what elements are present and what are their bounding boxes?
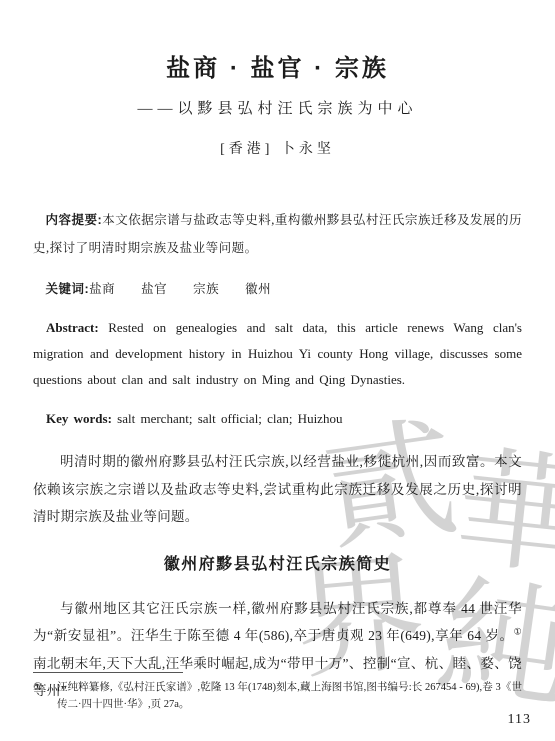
abstract-en-text: Rested on genealogies and salt data, thi… xyxy=(33,320,522,387)
footnote-divider xyxy=(33,672,183,673)
author-line: [香港] 卜永坚 xyxy=(33,140,522,160)
abstract-en-label: Abstract: xyxy=(46,320,99,335)
article-content: 盐商 · 盐官 · 宗族 ——以黟县弘村汪氏宗族为中心 [香港] 卜永坚 内容提… xyxy=(0,0,555,705)
journal-page: 貳 華 界 純 盐商 · 盐官 · 宗族 ——以黟县弘村汪氏宗族为中心 [香港]… xyxy=(0,0,555,741)
abstract-en: Abstract: Rested on genealogies and salt… xyxy=(33,315,522,393)
keywords-en: Key words: salt merchant; salt official;… xyxy=(33,406,522,432)
abstract-cn-text: 本文依据宗谱与盐政志等史料,重构徽州黟县弘村汪氏宗族迁移及发展的历史,探讨了明清… xyxy=(33,213,522,255)
footnote-reference-mark: ① xyxy=(514,627,522,637)
footnote-text: 汪纯粹纂修,《弘村汪氏家谱》,乾隆 13 年(1748)刻本,藏上海图书馆,图书… xyxy=(57,679,522,713)
page-number: 113 xyxy=(508,712,531,728)
footnote-marker: ① xyxy=(33,679,57,713)
keywords-cn-label: 关键词: xyxy=(46,282,90,296)
abstract-cn: 内容提要:本文依据宗谱与盐政志等史料,重构徽州黟县弘村汪氏宗族迁移及发展的历史,… xyxy=(33,206,522,262)
article-subtitle: ——以黟县弘村汪氏宗族为中心 xyxy=(33,98,522,120)
footnote-area: ① 汪纯粹纂修,《弘村汪氏家谱》,乾隆 13 年(1748)刻本,藏上海图书馆,… xyxy=(33,672,522,713)
keywords-cn: 关键词:盐商 盐官 宗族 徽州 xyxy=(33,275,522,303)
body-paragraph-1: 明清时期的徽州府黟县弘村汪氏宗族,以经营盐业,移徙杭州,因而致富。本文依赖该宗族… xyxy=(33,448,522,531)
footnote: ① 汪纯粹纂修,《弘村汪氏家谱》,乾隆 13 年(1748)刻本,藏上海图书馆,… xyxy=(33,679,522,713)
body-paragraph-2-text-a: 与徽州地区其它汪氏宗族一样,徽州府黟县弘村汪氏宗族,都尊奉 44 世汪华为“新安… xyxy=(33,601,522,644)
section-heading: 徽州府黟县弘村汪氏宗族简史 xyxy=(33,553,522,577)
keywords-en-label: Key words: xyxy=(46,411,112,426)
article-title: 盐商 · 盐官 · 宗族 xyxy=(33,54,522,84)
abstract-cn-label: 内容提要: xyxy=(46,213,103,227)
keywords-cn-text: 盐商 盐官 宗族 徽州 xyxy=(89,282,271,296)
keywords-en-text: salt merchant; salt official; clan; Huiz… xyxy=(117,411,342,426)
